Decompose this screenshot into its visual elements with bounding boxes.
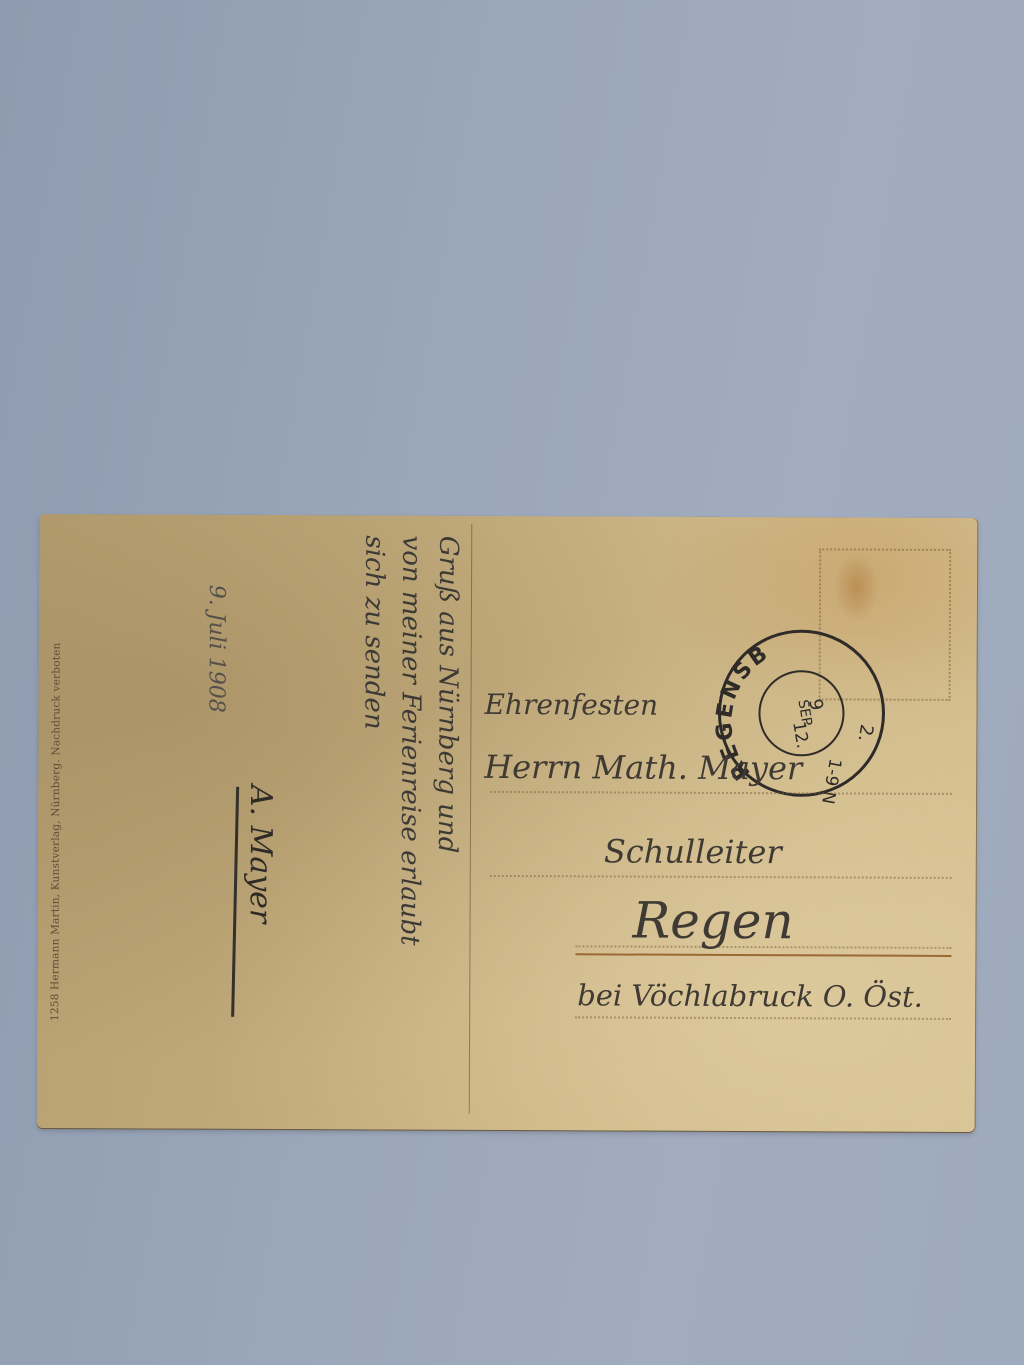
postcard: 1258 Hermann Martin, Kunstverlag, Nürnbe… [37, 514, 978, 1132]
address-line-3-solid [575, 953, 951, 957]
address-title: Schulleiter [604, 832, 782, 871]
address-town: Regen [632, 892, 793, 951]
postmark-time: 1-9 N [817, 757, 845, 804]
address-line-4 [575, 1016, 951, 1020]
address-salutation: Ehrenfesten [484, 688, 658, 722]
postmark-suffix: 2. [853, 723, 877, 744]
message-line-3: sich zu senden [358, 535, 389, 729]
address-line-2 [490, 875, 952, 879]
message-line-2: von meiner Ferienreise erlaubt [394, 536, 426, 946]
postmark-year: 12. [788, 720, 812, 750]
publisher-imprint: 1258 Hermann Martin, Kunstverlag, Nürnbe… [49, 642, 63, 1021]
message-signature: A. Mayer [243, 785, 279, 924]
card-divider-line [469, 524, 473, 1114]
address-district: bei Vöchlabruck O. Öst. [577, 978, 923, 1014]
signature-flourish [231, 787, 239, 1017]
message-date: 9. Juli 1908 [203, 585, 229, 713]
message-line-1: Gruß aus Nürnberg und [432, 536, 463, 854]
address-name: Herrn Math. Mayer [484, 748, 802, 787]
